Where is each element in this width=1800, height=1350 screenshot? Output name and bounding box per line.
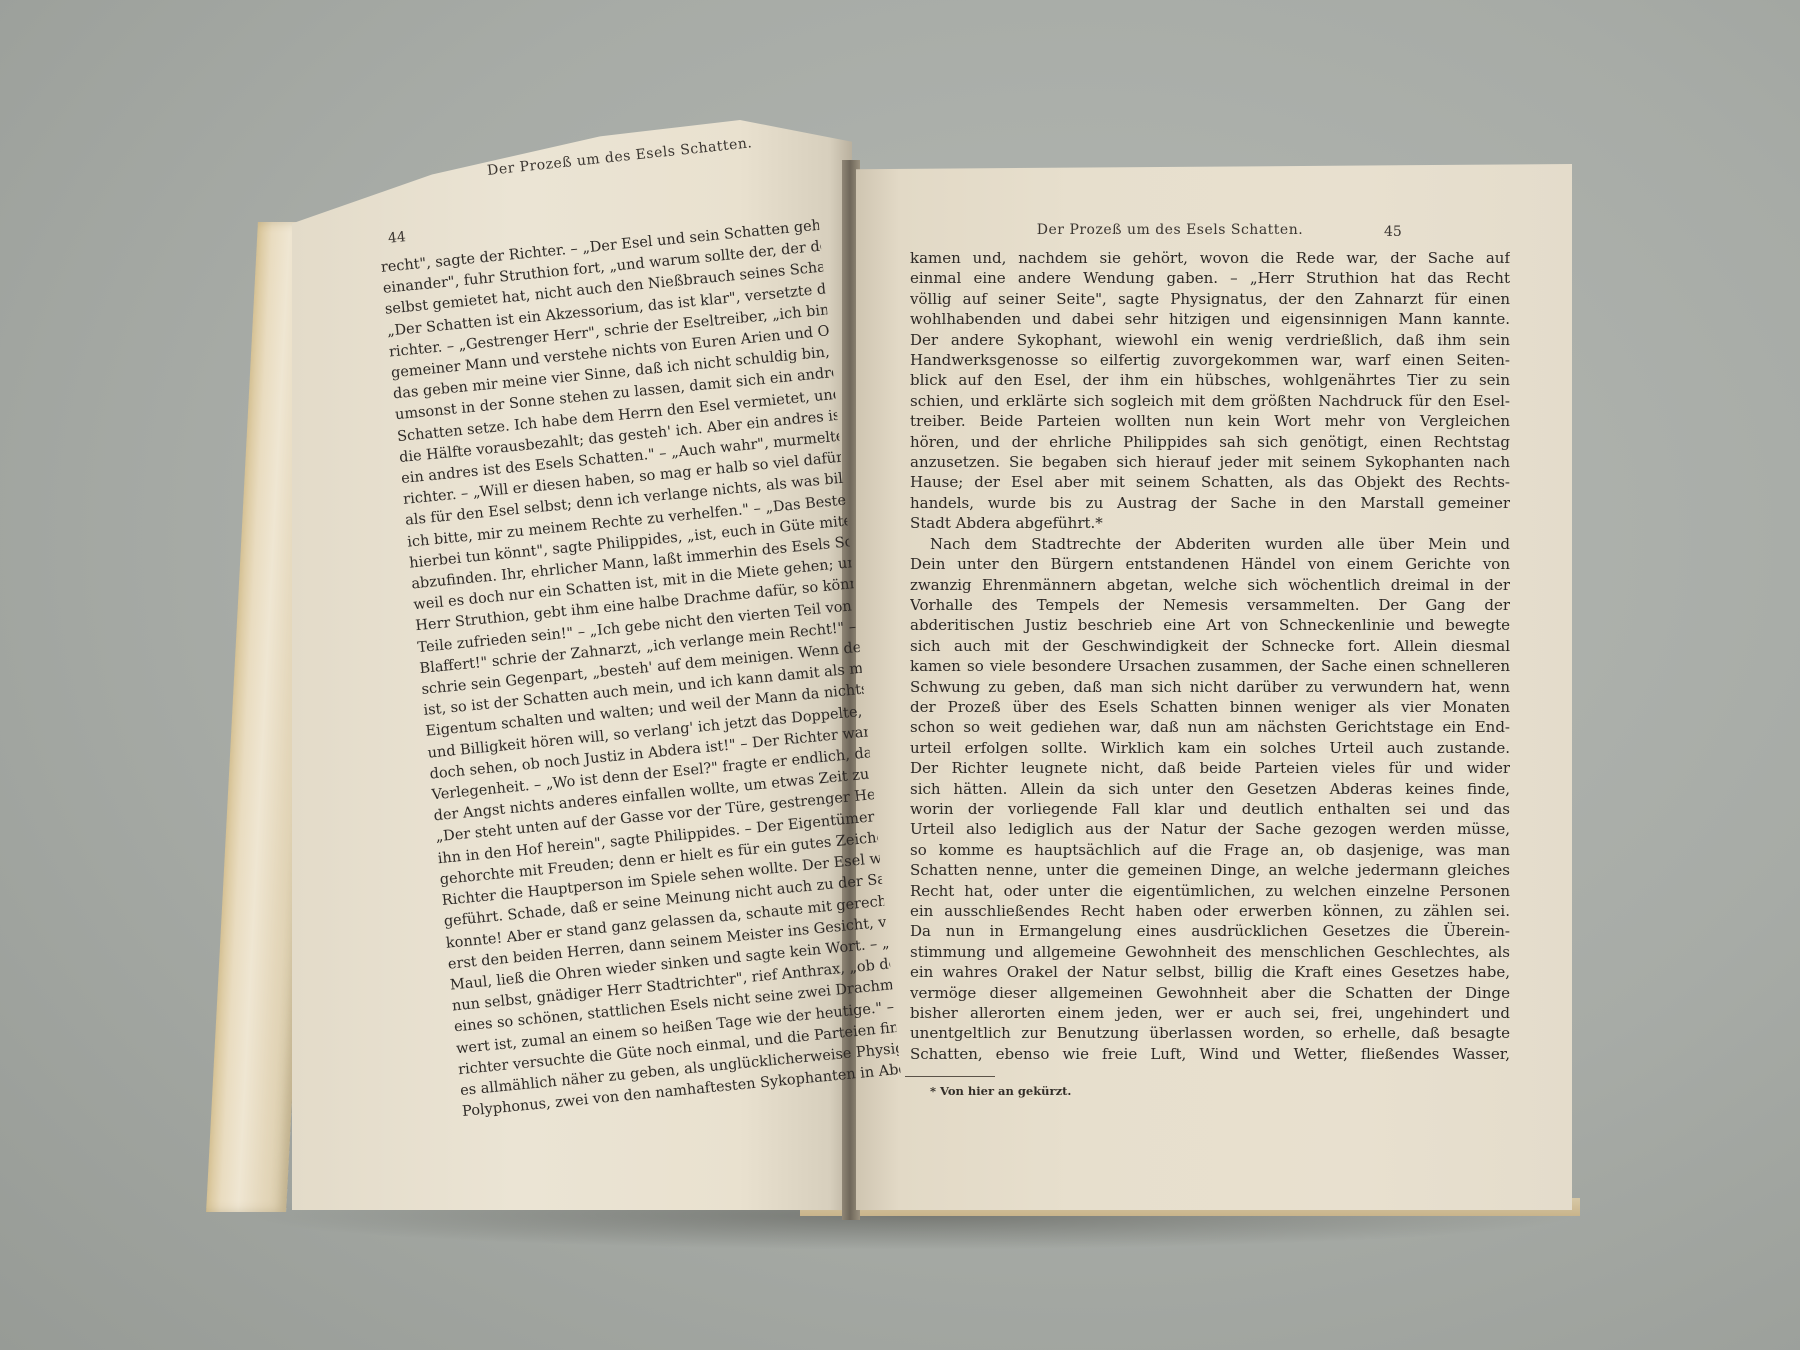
text-line: so komme es hauptsächlich auf die Frage … — [910, 840, 1510, 860]
text-line: handels, wurde bis zu Austrag der Sache … — [910, 493, 1510, 513]
text-line: völlig auf seiner Seite", sagte Physigna… — [910, 289, 1510, 309]
text-line: abderitischen Justiz beschrieb eine Art … — [910, 615, 1510, 635]
text-line: treiber. Beide Parteien wollten nun kein… — [910, 411, 1510, 431]
text-line: zwanzig Ehrenmännern abgetan, welche sic… — [910, 575, 1510, 595]
text-line: hören, und der ehrliche Philippides sah … — [910, 432, 1510, 452]
text-line: sich hätten. Allein da sich unter den Ge… — [910, 779, 1510, 799]
text-line: Vorhalle des Tempels der Nemesis versamm… — [910, 595, 1510, 615]
right-page-body: kamen und, nachdem sie gehört, wovon die… — [910, 248, 1510, 1064]
footnote-rule — [905, 1076, 995, 1077]
text-line: worin der vorliegende Fall klar und deut… — [910, 799, 1510, 819]
right-page-number: 45 — [1384, 224, 1402, 240]
left-page-number: 44 — [387, 229, 406, 247]
text-line: Schatten, ebenso wie freie Luft, Wind un… — [910, 1044, 1510, 1064]
text-line: schien, und erklärte sich sogleich mit d… — [910, 391, 1510, 411]
text-line: wohlhabenden und dabei sehr hitzigen und… — [910, 309, 1510, 329]
text-line: sich auch mit der Geschwindigkeit der Sc… — [910, 636, 1510, 656]
footnote: * Von hier an gekürzt. — [930, 1084, 1071, 1098]
text-line: Stadt Abdera abgeführt.* — [910, 513, 1510, 533]
text-line: Der andere Sykophant, wiewohl ein wenig … — [910, 330, 1510, 350]
text-line: kamen und, nachdem sie gehört, wovon die… — [910, 248, 1510, 268]
text-line: stimmung und allgemeine Gewohnheit des m… — [910, 942, 1510, 962]
text-line: der Prozeß über des Esels Schatten binne… — [910, 697, 1510, 717]
text-line: blick auf den Esel, der ihm ein hübsches… — [910, 370, 1510, 390]
text-line: Recht hat, oder unter die eigentümlichen… — [910, 881, 1510, 901]
text-line: unentgeltlich zur Benutzung überlassen w… — [910, 1023, 1510, 1043]
text-line: Schatten nenne, unter die gemeinen Dinge… — [910, 860, 1510, 880]
text-line: Schwung zu geben, daß man sich nicht dar… — [910, 677, 1510, 697]
text-line: Nach dem Stadtrechte der Abderiten wurde… — [910, 534, 1510, 554]
text-line: vermöge dieser allgemeinen Gewohnheit ab… — [910, 983, 1510, 1003]
text-line: einmal eine andere Wendung gaben. – „Her… — [910, 268, 1510, 288]
right-running-head: Der Prozeß um des Esels Schatten. — [1000, 222, 1340, 238]
text-line: ein wahres Orakel der Natur selbst, bill… — [910, 962, 1510, 982]
text-line: schon so weit gediehen war, daß nun am n… — [910, 717, 1510, 737]
left-page-body: recht", sagte der Richter. – „Der Esel u… — [380, 216, 901, 1123]
text-line: ein ausschließendes Recht haben oder erw… — [910, 901, 1510, 921]
text-line: Da nun in Ermangelung eines ausdrücklich… — [910, 921, 1510, 941]
text-line: urteil erfolgen sollte. Wirklich kam ein… — [910, 738, 1510, 758]
text-line: Urteil also lediglich aus der Natur der … — [910, 819, 1510, 839]
text-line: Hause; der Esel aber mit seinem Schatten… — [910, 472, 1510, 492]
text-line: Handwerksgenosse so eilfertig zuvorgekom… — [910, 350, 1510, 370]
text-line: Der Richter leugnete nicht, daß beide Pa… — [910, 758, 1510, 778]
text-line: kamen so viele besondere Ursachen zusamm… — [910, 656, 1510, 676]
text-line: bisher allerorten einem jeden, wer er au… — [910, 1003, 1510, 1023]
photo-scene: Der Prozeß um des Esels Schatten. 44 rec… — [0, 0, 1800, 1350]
text-line: Dein unter den Bürgern entstandenen Händ… — [910, 554, 1510, 574]
text-line: anzusetzen. Sie begaben sich hierauf jed… — [910, 452, 1510, 472]
